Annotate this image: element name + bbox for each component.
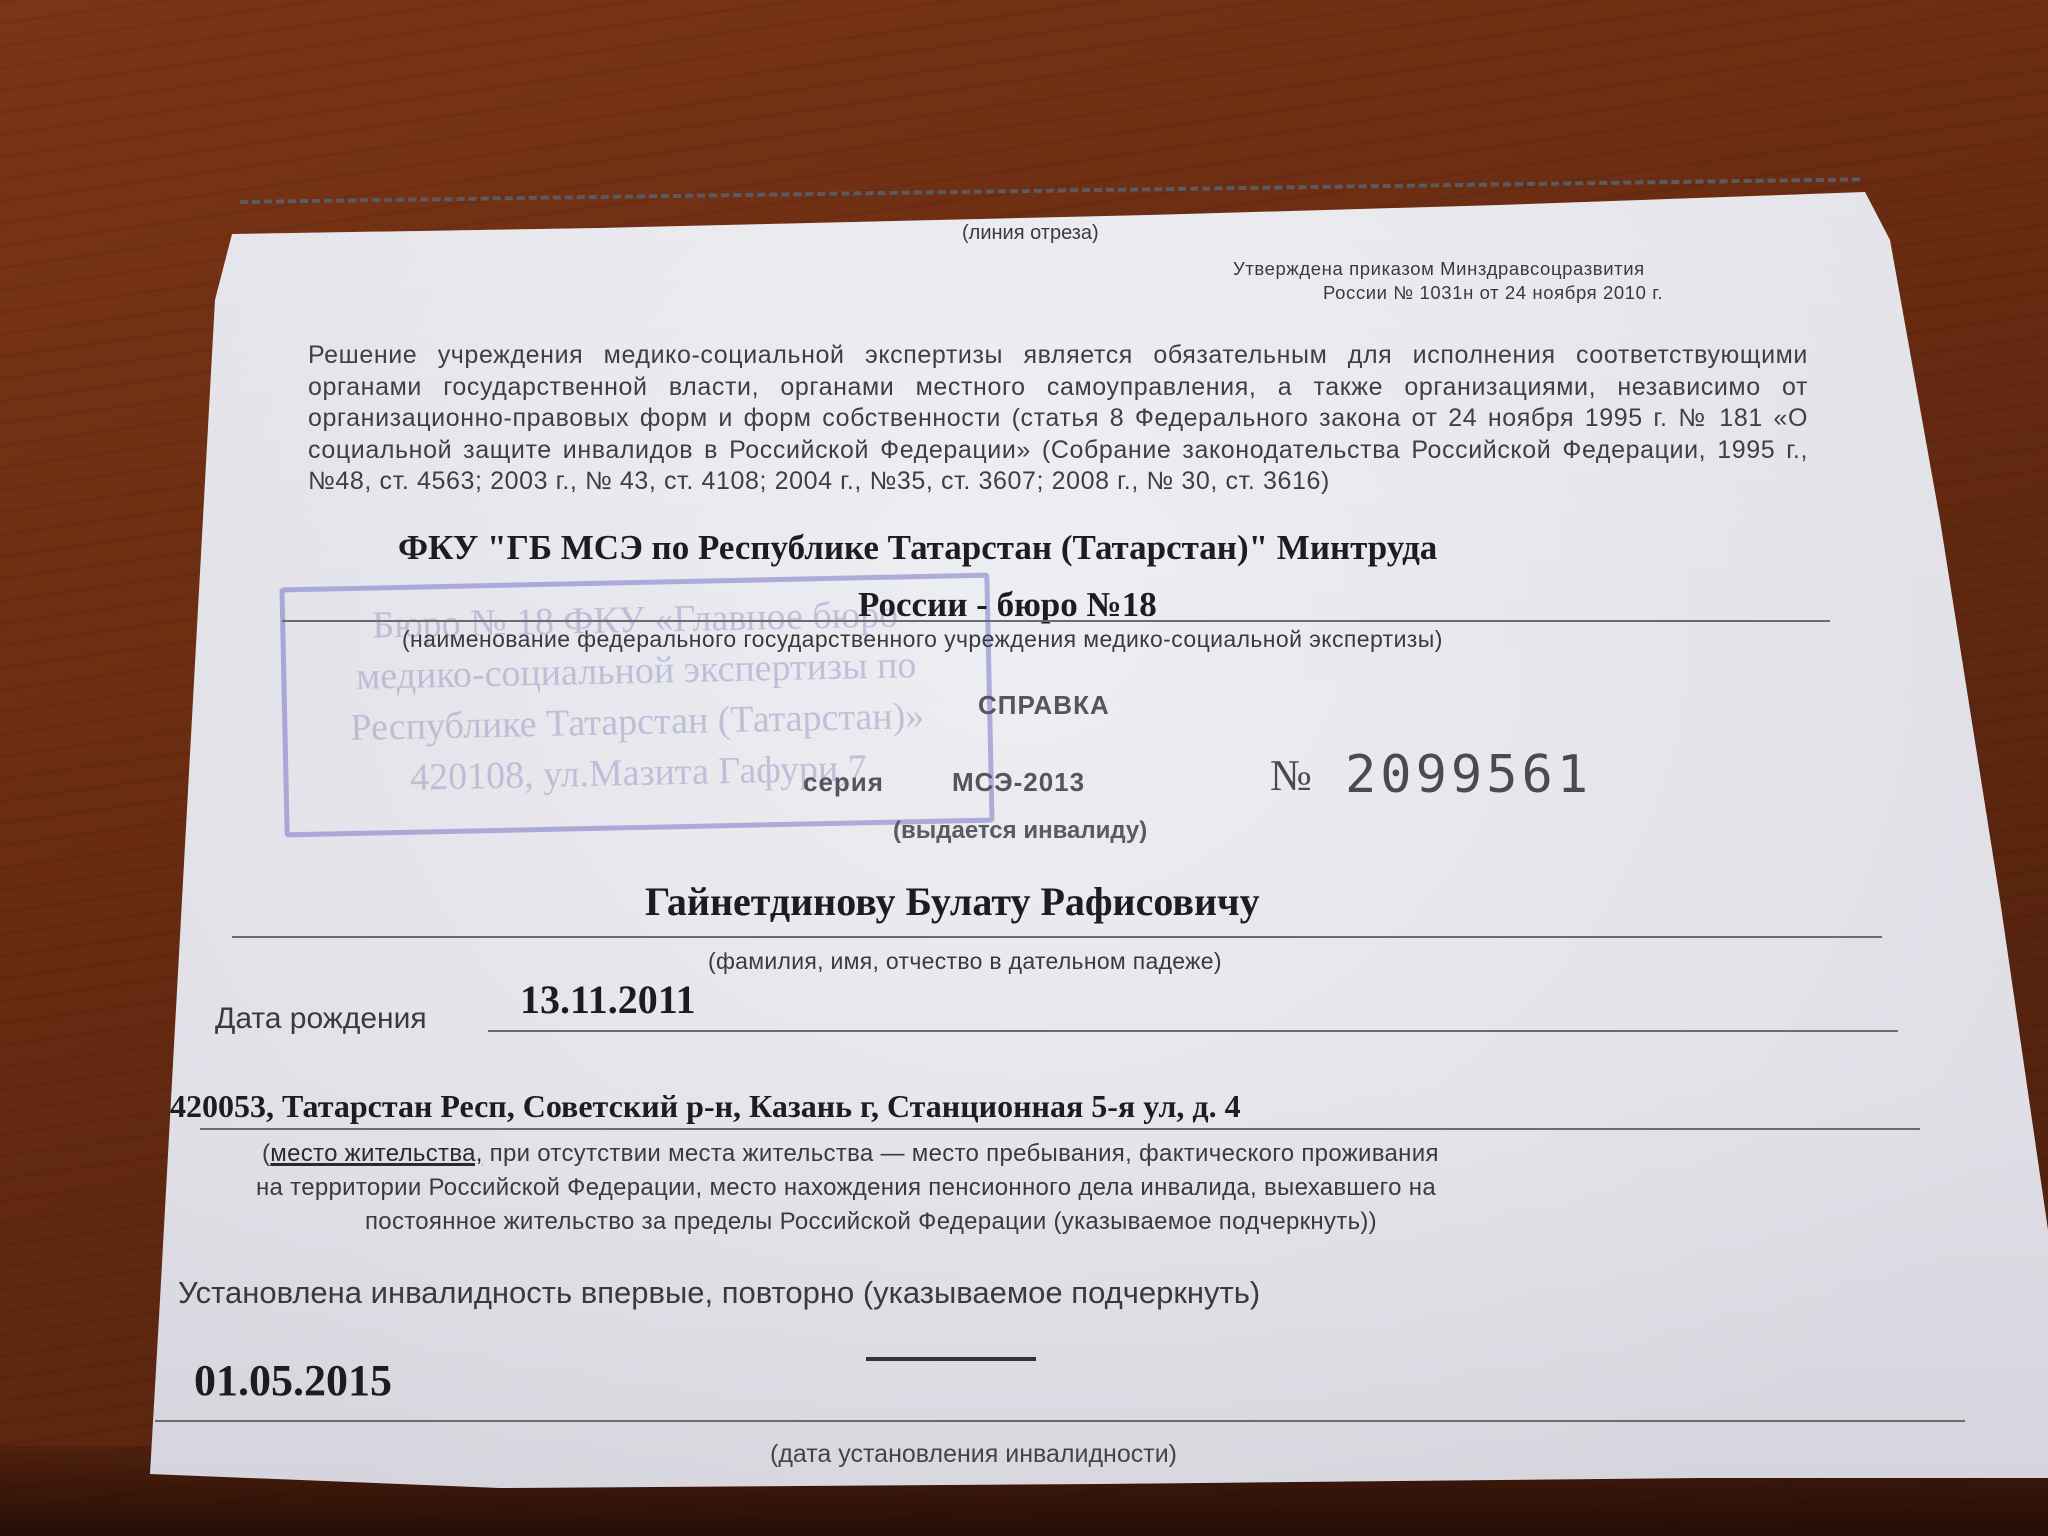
series-label: серия [803, 767, 884, 798]
birth-date-value: 13.11.2011 [520, 976, 696, 1023]
institution-name-line-1: ФКУ "ГБ МСЭ по Республике Татарстан (Тат… [398, 528, 1437, 568]
disability-established-line: Установлена инвалидность впервые, повтор… [178, 1275, 1260, 1311]
disability-date-value: 01.05.2015 [194, 1355, 392, 1406]
series-value: МСЭ-2013 [952, 767, 1085, 798]
address-caption-line-3: постоянное жительство за пределы Российс… [365, 1208, 1377, 1236]
disability-date-caption: (дата установления инвалидности) [770, 1440, 1177, 1469]
institution-name-line-2: России - бюро №18 [858, 585, 1157, 625]
certificate-number: 2099561 [1345, 745, 1592, 805]
approval-line-1: Утверждена приказом Минздравсоцразвития [1233, 258, 1645, 280]
recipient-name: Гайнетдинову Булату Рафисовичу [645, 878, 1260, 925]
recipient-caption: (фамилия, имя, отчество в дательном паде… [708, 948, 1222, 975]
institution-caption: (наименование федерального государственн… [402, 626, 1443, 653]
cut-line-label: (линия отреза) [962, 222, 1099, 245]
birth-date-label: Дата рождения [215, 1002, 427, 1036]
number-sign: № [1270, 750, 1312, 801]
address-rule [200, 1128, 1920, 1130]
issued-to-caption: (выдается инвалиду) [893, 817, 1147, 845]
document-title: СПРАВКА [978, 690, 1110, 721]
address-caption-line-1: (место жительства, при отсутствии места … [262, 1140, 1439, 1168]
legal-preamble: Решение учреждения медико-социальной экс… [308, 340, 1808, 498]
approval-line-2: России № 1031н от 24 ноября 2010 г. [1323, 282, 1663, 304]
underlined-option-residence: место жительства, [270, 1140, 482, 1167]
residence-address: 420053, Татарстан Респ, Советский р-н, К… [170, 1088, 1241, 1125]
recipient-rule [232, 936, 1882, 938]
disability-date-rule [155, 1420, 1965, 1422]
caption-rest: при отсутствии места жительства — место … [483, 1140, 1439, 1167]
underline-mark [866, 1357, 1036, 1361]
institution-rule [282, 620, 1830, 622]
address-caption-line-2: на территории Российской Федерации, мест… [256, 1174, 1436, 1202]
birth-date-rule [488, 1030, 1898, 1032]
